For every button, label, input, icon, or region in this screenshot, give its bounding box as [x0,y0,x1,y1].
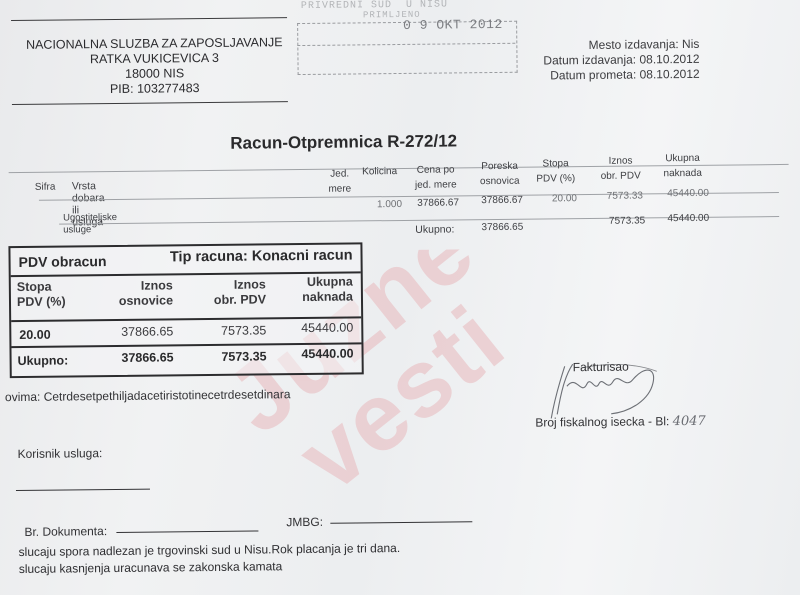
place-dates-block: Mesto izdavanja: Nis Datum izdavanja: 08… [543,37,700,84]
item-quantity: 1.000 [359,199,402,211]
col-header-iznos-pdv: Iznos obr. PDV [593,155,649,183]
col-header-kolicina: Kolicina [357,166,403,178]
vat-total-base: 37866.65 [104,350,174,365]
vat-summary-header: PDV obracun Tip racuna: Konacni racun [10,244,360,277]
jmbg-label: JMBG: [286,515,323,529]
fiscal-receipt-label: Broj fiskalnog isecka - Bl: [535,414,669,429]
col-header-cena: Cena po jed. mere [406,164,466,192]
issuer-pib: PIB: 103277483 [10,80,300,98]
document-number-label: Br. Dokumenta: [24,524,107,539]
vat-col-header-vat: Iznos obr. PDV [191,277,266,308]
vat-row-rate: 20.00 [19,328,50,342]
item-vat-rate: 20.00 [529,193,577,206]
vat-col-header-base: Iznos osnovice [103,278,173,309]
amount-in-words: ovima: Cetrdesetpethiljadacetiristotinec… [5,387,291,404]
col-header-ukupna: Ukupna naknada [654,153,710,181]
invoice-page: Juzne vesti NACIONALNA SLUZBA ZA ZAPOSLJ… [0,0,800,595]
item-tax-base: 37866.67 [467,195,523,208]
top-rule [11,17,287,21]
col-header-jed-mere: Jed. mere [325,168,355,195]
col-header-sifra: Sifra [35,182,56,194]
invoiced-by-label: Fakturisao [573,360,629,375]
vat-row-vat: 7573.35 [191,323,266,338]
item-vat-amount: 7573.33 [589,190,643,203]
vat-col-header-total: Ukupna naknada [281,274,353,305]
fiscal-receipt-number: 4047 [673,414,706,429]
items-total-vat: 7573.35 [589,215,645,228]
issuer-block: NACIONALNA SLUZBA ZA ZAPOSLJAVANJE RATKA… [9,35,300,98]
vat-row-base: 37866.65 [103,324,173,339]
vat-summary-box: PDV obracun Tip racuna: Konacni racun St… [8,242,363,378]
received-stamp: PRIVREDNI SUD U NISU PRIMLJENO 0 9 OKT 2… [293,0,522,71]
document-number-line [116,530,258,532]
terms-line-2: slucaju kasnjenja uracunava se zakonska … [19,557,401,578]
vat-summary-title: PDV obracun [18,253,106,270]
item-unit-price: 37866.67 [403,197,459,210]
items-total-tax-base: 37866.65 [467,222,523,235]
vat-total-label: Ukupno: [18,353,69,368]
customer-signature-line [16,489,150,491]
terms-footer: slucaju spora nadlezan je trgovinski sud… [19,540,401,578]
col-header-poreska: Poreska osnovica [471,161,529,189]
customer-label: Korisnik usluga: [18,446,103,461]
vat-col-header-rate: Stopa PDV (%) [17,280,66,311]
col-header-stopa: Stopa PDV (%) [533,158,579,185]
issue-date: Datum izdavanja: 08.10.2012 [543,52,699,69]
issuer-name: NACIONALNA SLUZBA ZA ZAPOSLJAVANJE [9,35,299,53]
stamp-date: 0 9 OKT 2012 [403,17,503,33]
vat-row-total: 45440.00 [281,320,353,335]
vat-total-vat: 7573.35 [192,349,267,364]
items-total-label: Ukupno: [415,223,454,235]
invoice-type: Tip racuna: Konacni racun [170,247,353,265]
item-total: 45440.00 [649,188,709,201]
items-total-amount: 45440.00 [649,213,709,226]
fiscal-receipt-line: Broj fiskalnog isecka - Bl: 4047 [535,414,706,431]
turnover-date: Datum prometa: 08.10.2012 [543,67,699,84]
jmbg-line [330,521,472,523]
issuer-bottom-rule [12,101,288,105]
document-title: Racun-Otpremnica R-272/12 [230,131,457,153]
place-of-issue: Mesto izdavanja: Nis [543,37,699,54]
vat-total-amount: 45440.00 [281,346,353,361]
